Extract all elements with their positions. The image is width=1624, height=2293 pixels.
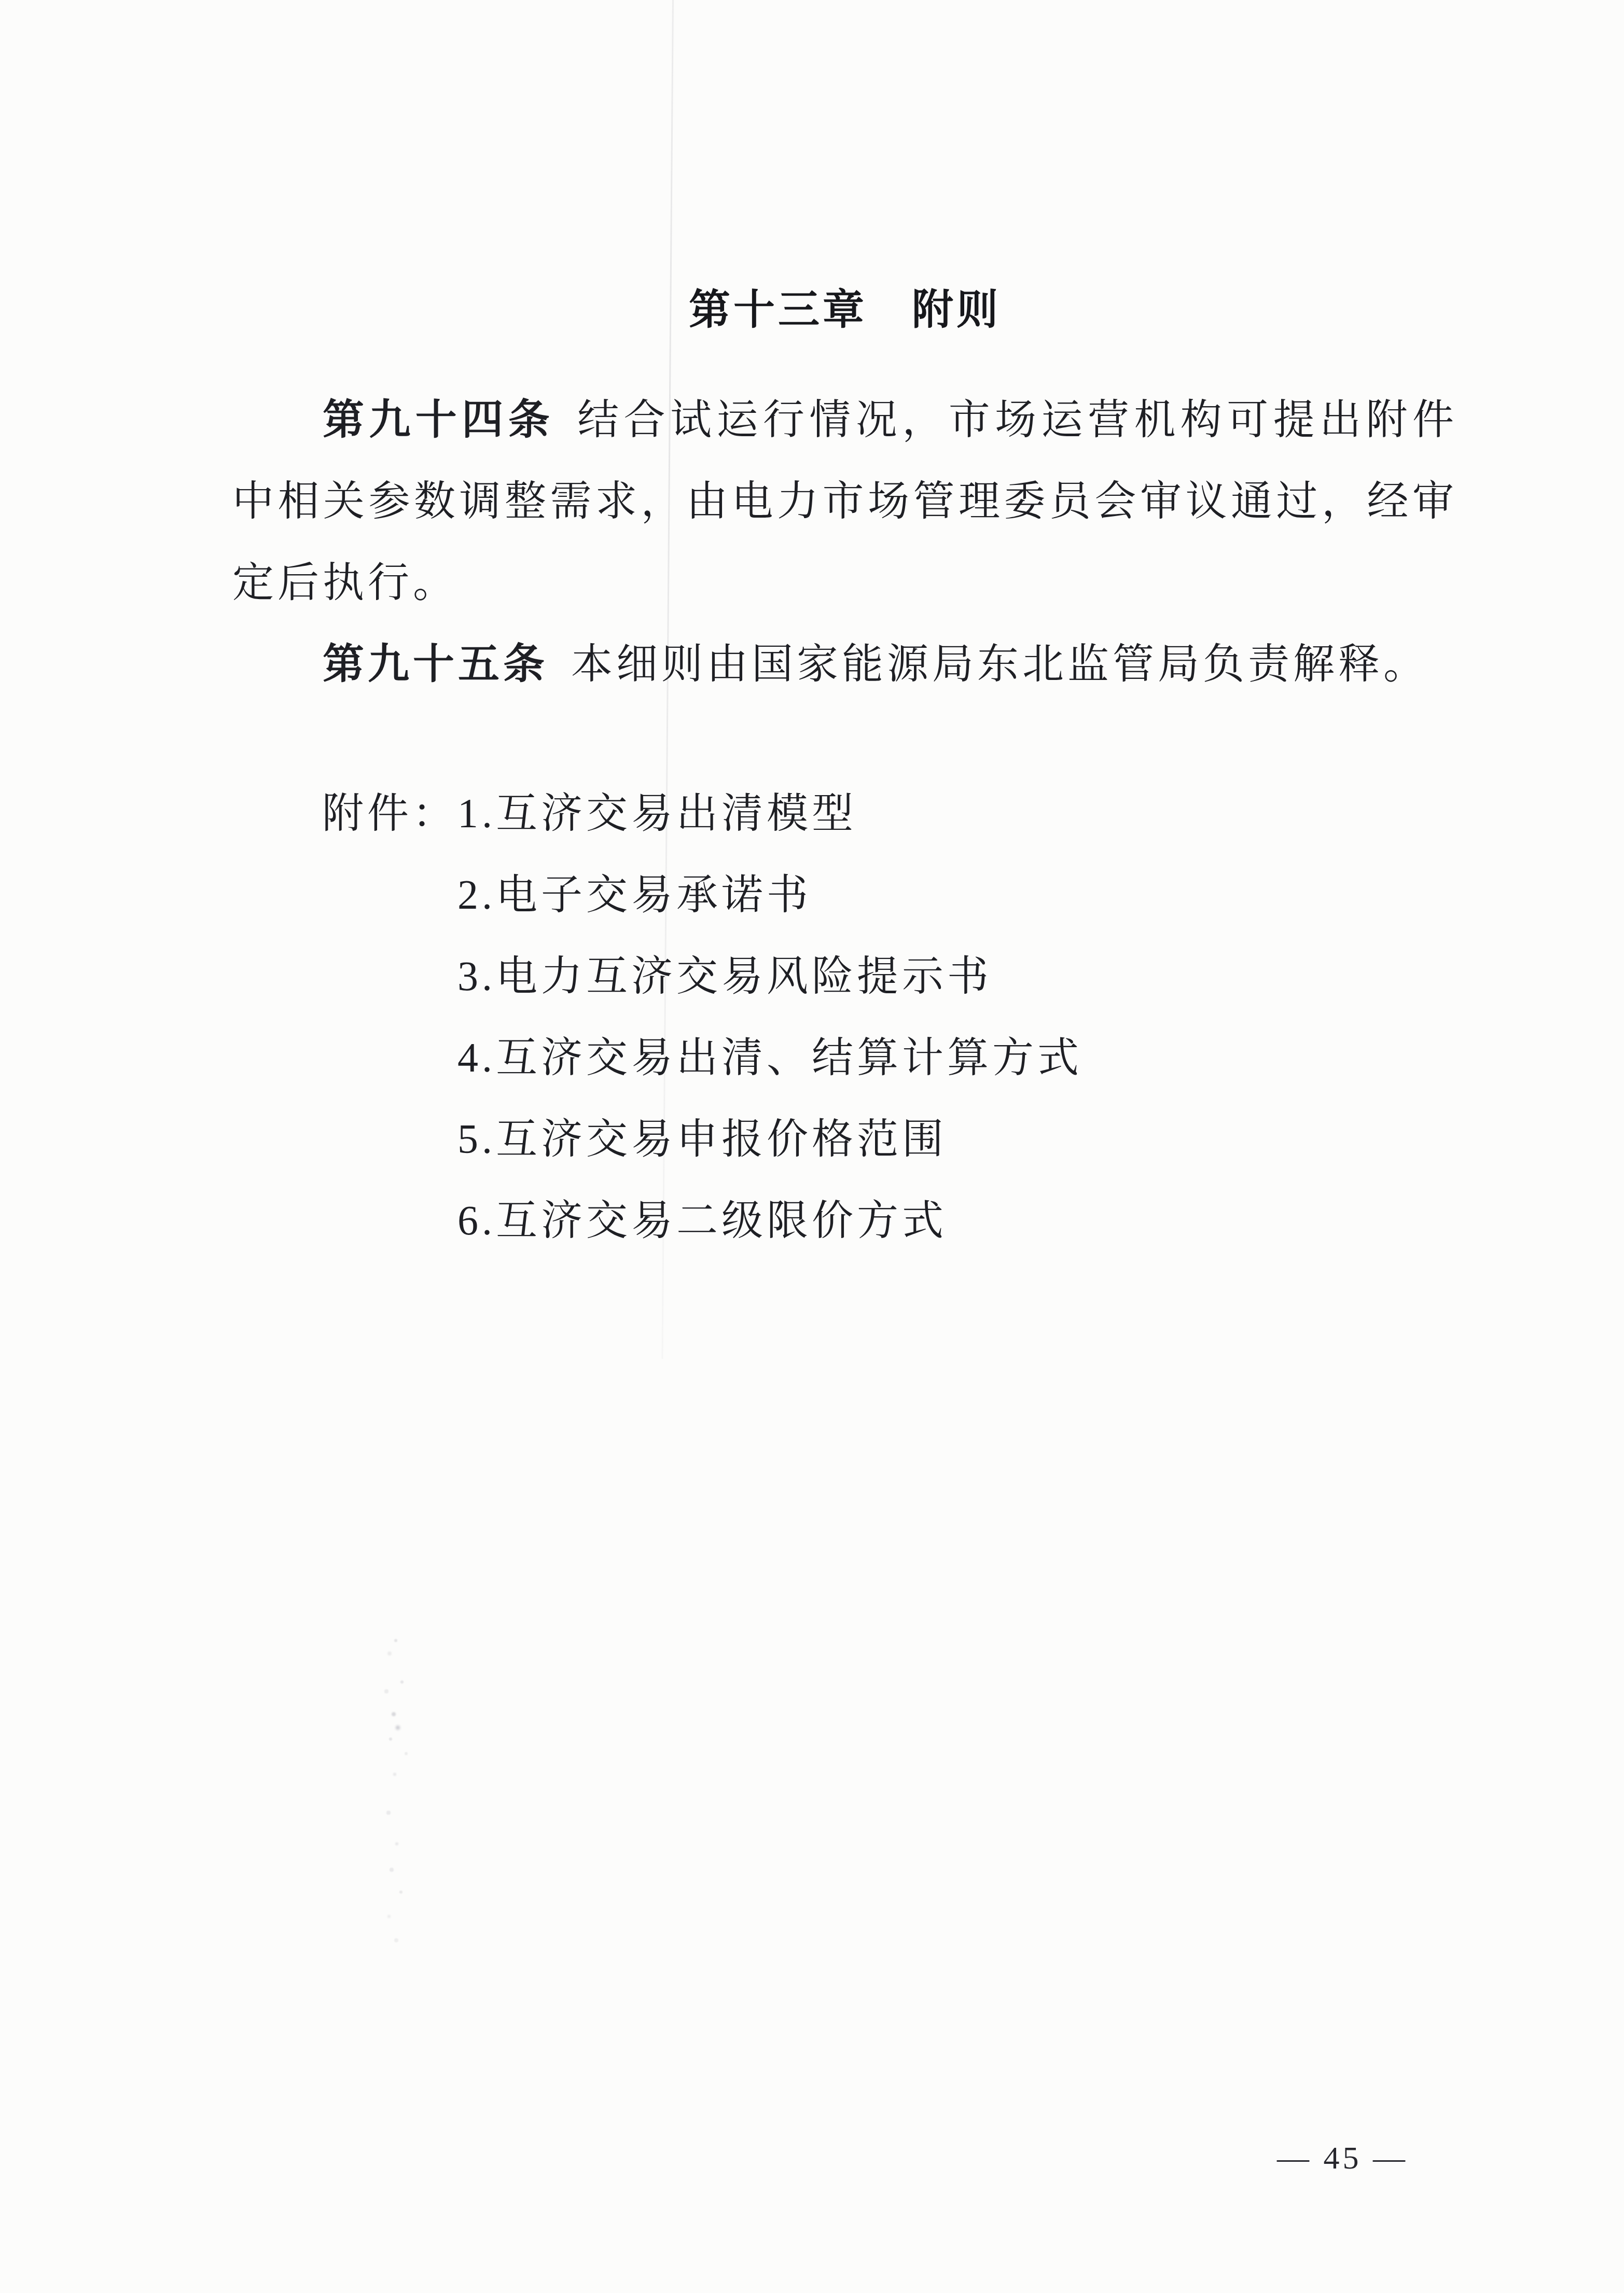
attachment-item-text: 5.互济交易申报价格范围: [457, 1117, 947, 1162]
attachment-item-text: 1.互济交易出清模型: [457, 791, 857, 837]
attachment-item: 5.互济交易申报价格范围: [232, 1099, 1529, 1180]
attachment-item: 3.电力互济交易风险提示书: [232, 936, 1529, 1018]
attachment-item-text: 6.互济交易二级限价方式: [457, 1198, 947, 1244]
attachment-item-text: 4.互济交易出清、结算计算方式: [457, 1035, 1082, 1081]
chapter-title: 第十三章 附则: [232, 269, 1458, 350]
document-page: 第十三章 附则 第九十四条结合试运行情况，市场运营机构可提出附件中相关参数调整需…: [0, 0, 1624, 2293]
article-95-paragraph: 第九十五条本细则由国家能源局东北监管局负责解释。: [232, 624, 1458, 705]
page-number: — 45 —: [1277, 2135, 1408, 2181]
attachments-list: 附件：1.互济交易出清模型2.电子交易承诺书3.电力互济交易风险提示书4.互济交…: [232, 773, 1529, 1262]
article-94-paragraph: 第九十四条结合试运行情况，市场运营机构可提出附件中相关参数调整需求，由电力市场管…: [232, 380, 1458, 624]
attachment-item: 2.电子交易承诺书: [232, 855, 1529, 936]
attachments-label: 附件：: [322, 791, 457, 837]
attachment-item-text: 2.电子交易承诺书: [457, 872, 812, 918]
article-95-label: 第九十五条: [323, 642, 548, 687]
article-95-text: 本细则由国家能源局东北监管局负责解释。: [571, 642, 1428, 687]
attachment-item-text: 3.电力互济交易风险提示书: [457, 954, 992, 999]
article-94-label: 第九十四条: [323, 397, 554, 443]
attachment-item: 4.互济交易出清、结算计算方式: [232, 1018, 1529, 1099]
attachment-item: 附件：1.互济交易出清模型: [232, 773, 1529, 855]
attachment-item: 6.互济交易二级限价方式: [232, 1180, 1529, 1262]
